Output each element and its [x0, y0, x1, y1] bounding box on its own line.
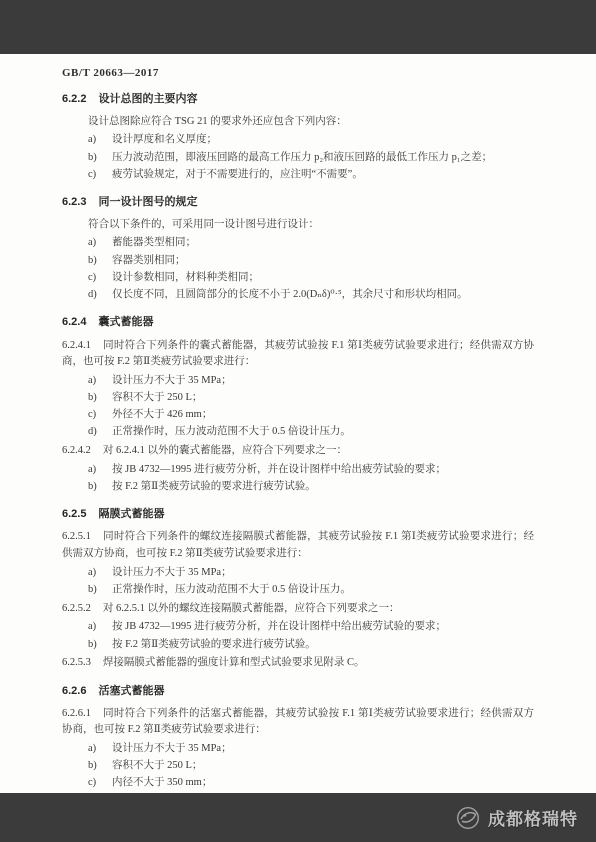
list-item: b)容积不大于 250 L； — [62, 758, 534, 774]
list-item-text: 压力波动范围，即液压回路的最高工作压力 p₂和液压回路的最低工作压力 p₁之差； — [112, 152, 492, 163]
watermark-text: 成都格瑞特 — [488, 805, 578, 830]
bottom-letterbox: 成都格瑞特 — [0, 793, 596, 842]
list-item-marker: a) — [88, 565, 96, 581]
list-item-marker: c) — [88, 775, 96, 791]
clause-text: 对 6.2.5.1 以外的螺纹连接隔膜式蓄能器，应符合下列要求之一： — [103, 603, 400, 614]
paragraph: 符合以下条件的，可采用同一设计图号进行设计： — [62, 217, 534, 233]
list-item: b)压力波动范围，即液压回路的最高工作压力 p₂和液压回路的最低工作压力 p₁之… — [62, 150, 534, 166]
list-item-marker: c) — [88, 407, 96, 423]
list-item: b)按 F.2 第Ⅱ类疲劳试验的要求进行疲劳试验。 — [62, 637, 534, 653]
section-number: 6.2.5 — [62, 508, 86, 520]
paragraph: 设计总图除应符合 TSG 21 的要求外还应包含下列内容： — [62, 114, 534, 130]
list-item-text: 仅长度不同，且圆筒部分的长度不小于 2.0(Dₙδ)⁰·⁵，其余尺寸和形状均相同… — [112, 289, 468, 300]
list-item-marker: b) — [88, 758, 97, 774]
list-item-marker: b) — [88, 479, 97, 495]
list-item-text: 疲劳试验规定，对于不需要进行的，应注明“不需要”。 — [112, 169, 363, 180]
list-item: a)按 JB 4732—1995 进行疲劳分析，并在设计图样中给出疲劳试验的要求… — [62, 462, 534, 478]
list-item-text: 容积不大于 250 L； — [112, 392, 202, 403]
clause-text: 同时符合下列条件的活塞式蓄能器，其疲劳试验按 F.1 第Ⅰ类疲劳试验要求进行；经… — [62, 708, 534, 735]
section-number: 6.2.2 — [62, 93, 86, 105]
clause-paragraph: 6.2.4.1同时符合下列条件的囊式蓄能器，其疲劳试验按 F.1 第Ⅰ类疲劳试验… — [62, 338, 534, 371]
list-item: c)设计参数相同，材料种类相同； — [62, 270, 534, 286]
list-item-marker: d) — [88, 287, 97, 303]
section-heading: 6.2.6活塞式蓄能器 — [62, 683, 534, 700]
standard-code: GB/T 20663—2017 — [62, 67, 534, 79]
list-item-text: 设计厚度和名义厚度； — [112, 134, 217, 145]
list-item-marker: b) — [88, 253, 97, 269]
list-item: c)外径不大于 426 mm； — [62, 407, 534, 423]
list-item-marker: c) — [88, 270, 96, 286]
list-item-marker: a) — [88, 373, 96, 389]
list-item: b)容积不大于 250 L； — [62, 390, 534, 406]
list-item-text: 按 JB 4732—1995 进行疲劳分析，并在设计图样中给出疲劳试验的要求； — [112, 464, 446, 475]
list-item-marker: a) — [88, 132, 96, 148]
watermark-logo-icon — [455, 805, 481, 831]
clause-number: 6.2.4.2 — [62, 445, 91, 456]
list-item: c)内径不大于 350 mm； — [62, 775, 534, 791]
clause-paragraph: 6.2.5.1同时符合下列条件的螺纹连接隔膜式蓄能器，其疲劳试验按 F.1 第Ⅰ… — [62, 529, 534, 562]
list-item-text: 按 F.2 第Ⅱ类疲劳试验的要求进行疲劳试验。 — [112, 639, 316, 650]
list-item-text: 按 F.2 第Ⅱ类疲劳试验的要求进行疲劳试验。 — [112, 481, 316, 492]
screenshot-canvas: GB/T 20663—2017 6.2.2设计总图的主要内容设计总图除应符合 T… — [0, 0, 596, 842]
list-item-marker: b) — [88, 582, 97, 598]
top-letterbox — [0, 0, 596, 54]
section-title: 囊式蓄能器 — [98, 316, 153, 328]
section-title: 同一设计图号的规定 — [98, 196, 197, 208]
list-item-text: 容器类别相同； — [112, 255, 186, 266]
list-item-marker: a) — [88, 741, 96, 757]
clause-text: 同时符合下列条件的囊式蓄能器，其疲劳试验按 F.1 第Ⅰ类疲劳试验要求进行；经供… — [62, 340, 534, 367]
clause-text: 同时符合下列条件的螺纹连接隔膜式蓄能器，其疲劳试验按 F.1 第Ⅰ类疲劳试验要求… — [62, 531, 534, 558]
list-item-text: 设计压力不大于 35 MPa； — [112, 567, 232, 578]
clause-paragraph: 6.2.4.2对 6.2.4.1 以外的囊式蓄能器，应符合下列要求之一： — [62, 443, 534, 459]
section-heading: 6.2.4囊式蓄能器 — [62, 314, 534, 331]
clause-number: 6.2.6.1 — [62, 708, 91, 719]
list-item: b)容器类别相同； — [62, 253, 534, 269]
list-item-text: 设计压力不大于 35 MPa； — [112, 375, 232, 386]
clause-text: 焊接隔膜式蓄能器的强度计算和型式试验要求见附录 C。 — [103, 657, 365, 668]
list-item: a)蓄能器类型相同； — [62, 235, 534, 251]
clause-text: 对 6.2.4.1 以外的囊式蓄能器，应符合下列要求之一： — [103, 445, 347, 456]
paragraph-text: 符合以下条件的，可采用同一设计图号进行设计： — [88, 219, 319, 230]
list-item-marker: b) — [88, 637, 97, 653]
list-item: a)设计厚度和名义厚度； — [62, 132, 534, 148]
section-title: 隔膜式蓄能器 — [98, 508, 164, 520]
list-item-marker: a) — [88, 235, 96, 251]
section-title: 活塞式蓄能器 — [98, 685, 164, 697]
list-item-marker: b) — [88, 390, 97, 406]
section-heading: 6.2.3同一设计图号的规定 — [62, 194, 534, 211]
section-number: 6.2.6 — [62, 685, 86, 697]
section-heading: 6.2.5隔膜式蓄能器 — [62, 506, 534, 523]
list-item-marker: d) — [88, 424, 97, 440]
list-item: a)设计压力不大于 35 MPa； — [62, 565, 534, 581]
list-item-marker: a) — [88, 619, 96, 635]
list-item: d)正常操作时，压力波动范围不大于 0.5 倍设计压力。 — [62, 424, 534, 440]
list-item-text: 外径不大于 426 mm； — [112, 409, 212, 420]
list-item-marker: a) — [88, 462, 96, 478]
list-item: b)正常操作时，压力波动范围不大于 0.5 倍设计压力。 — [62, 582, 534, 598]
document-body: 6.2.2设计总图的主要内容设计总图除应符合 TSG 21 的要求外还应包含下列… — [62, 91, 534, 828]
document-page: GB/T 20663—2017 6.2.2设计总图的主要内容设计总图除应符合 T… — [0, 54, 596, 793]
paragraph-text: 设计总图除应符合 TSG 21 的要求外还应包含下列内容： — [88, 116, 347, 127]
list-item: d)仅长度不同，且圆筒部分的长度不小于 2.0(Dₙδ)⁰·⁵，其余尺寸和形状均… — [62, 287, 534, 303]
list-item-marker: c) — [88, 167, 96, 183]
list-item: c)疲劳试验规定，对于不需要进行的，应注明“不需要”。 — [62, 167, 534, 183]
clause-number: 6.2.5.1 — [62, 531, 91, 542]
list-item: a)按 JB 4732—1995 进行疲劳分析，并在设计图样中给出疲劳试验的要求… — [62, 619, 534, 635]
list-item-text: 内径不大于 350 mm； — [112, 777, 212, 788]
list-item-text: 按 JB 4732—1995 进行疲劳分析，并在设计图样中给出疲劳试验的要求； — [112, 621, 446, 632]
list-item-text: 正常操作时，压力波动范围不大于 0.5 倍设计压力。 — [112, 584, 351, 595]
clause-number: 6.2.4.1 — [62, 340, 91, 351]
list-item-text: 容积不大于 250 L； — [112, 760, 202, 771]
clause-number: 6.2.5.3 — [62, 657, 91, 668]
list-item: a)设计压力不大于 35 MPa； — [62, 741, 534, 757]
list-item: a)设计压力不大于 35 MPa； — [62, 373, 534, 389]
section-title: 设计总图的主要内容 — [98, 93, 197, 105]
section-number: 6.2.3 — [62, 196, 86, 208]
clause-paragraph: 6.2.6.1同时符合下列条件的活塞式蓄能器，其疲劳试验按 F.1 第Ⅰ类疲劳试… — [62, 706, 534, 739]
section-number: 6.2.4 — [62, 316, 86, 328]
list-item-text: 蓄能器类型相同； — [112, 237, 196, 248]
list-item-text: 设计参数相同，材料种类相同； — [112, 272, 259, 283]
list-item: b)按 F.2 第Ⅱ类疲劳试验的要求进行疲劳试验。 — [62, 479, 534, 495]
clause-paragraph: 6.2.5.3焊接隔膜式蓄能器的强度计算和型式试验要求见附录 C。 — [62, 655, 534, 671]
list-item-text: 正常操作时，压力波动范围不大于 0.5 倍设计压力。 — [112, 426, 351, 437]
list-item-text: 设计压力不大于 35 MPa； — [112, 743, 232, 754]
section-heading: 6.2.2设计总图的主要内容 — [62, 91, 534, 108]
clause-paragraph: 6.2.5.2对 6.2.5.1 以外的螺纹连接隔膜式蓄能器，应符合下列要求之一… — [62, 601, 534, 617]
list-item-marker: b) — [88, 150, 97, 166]
clause-number: 6.2.5.2 — [62, 603, 91, 614]
watermark: 成都格瑞特 — [455, 805, 578, 831]
